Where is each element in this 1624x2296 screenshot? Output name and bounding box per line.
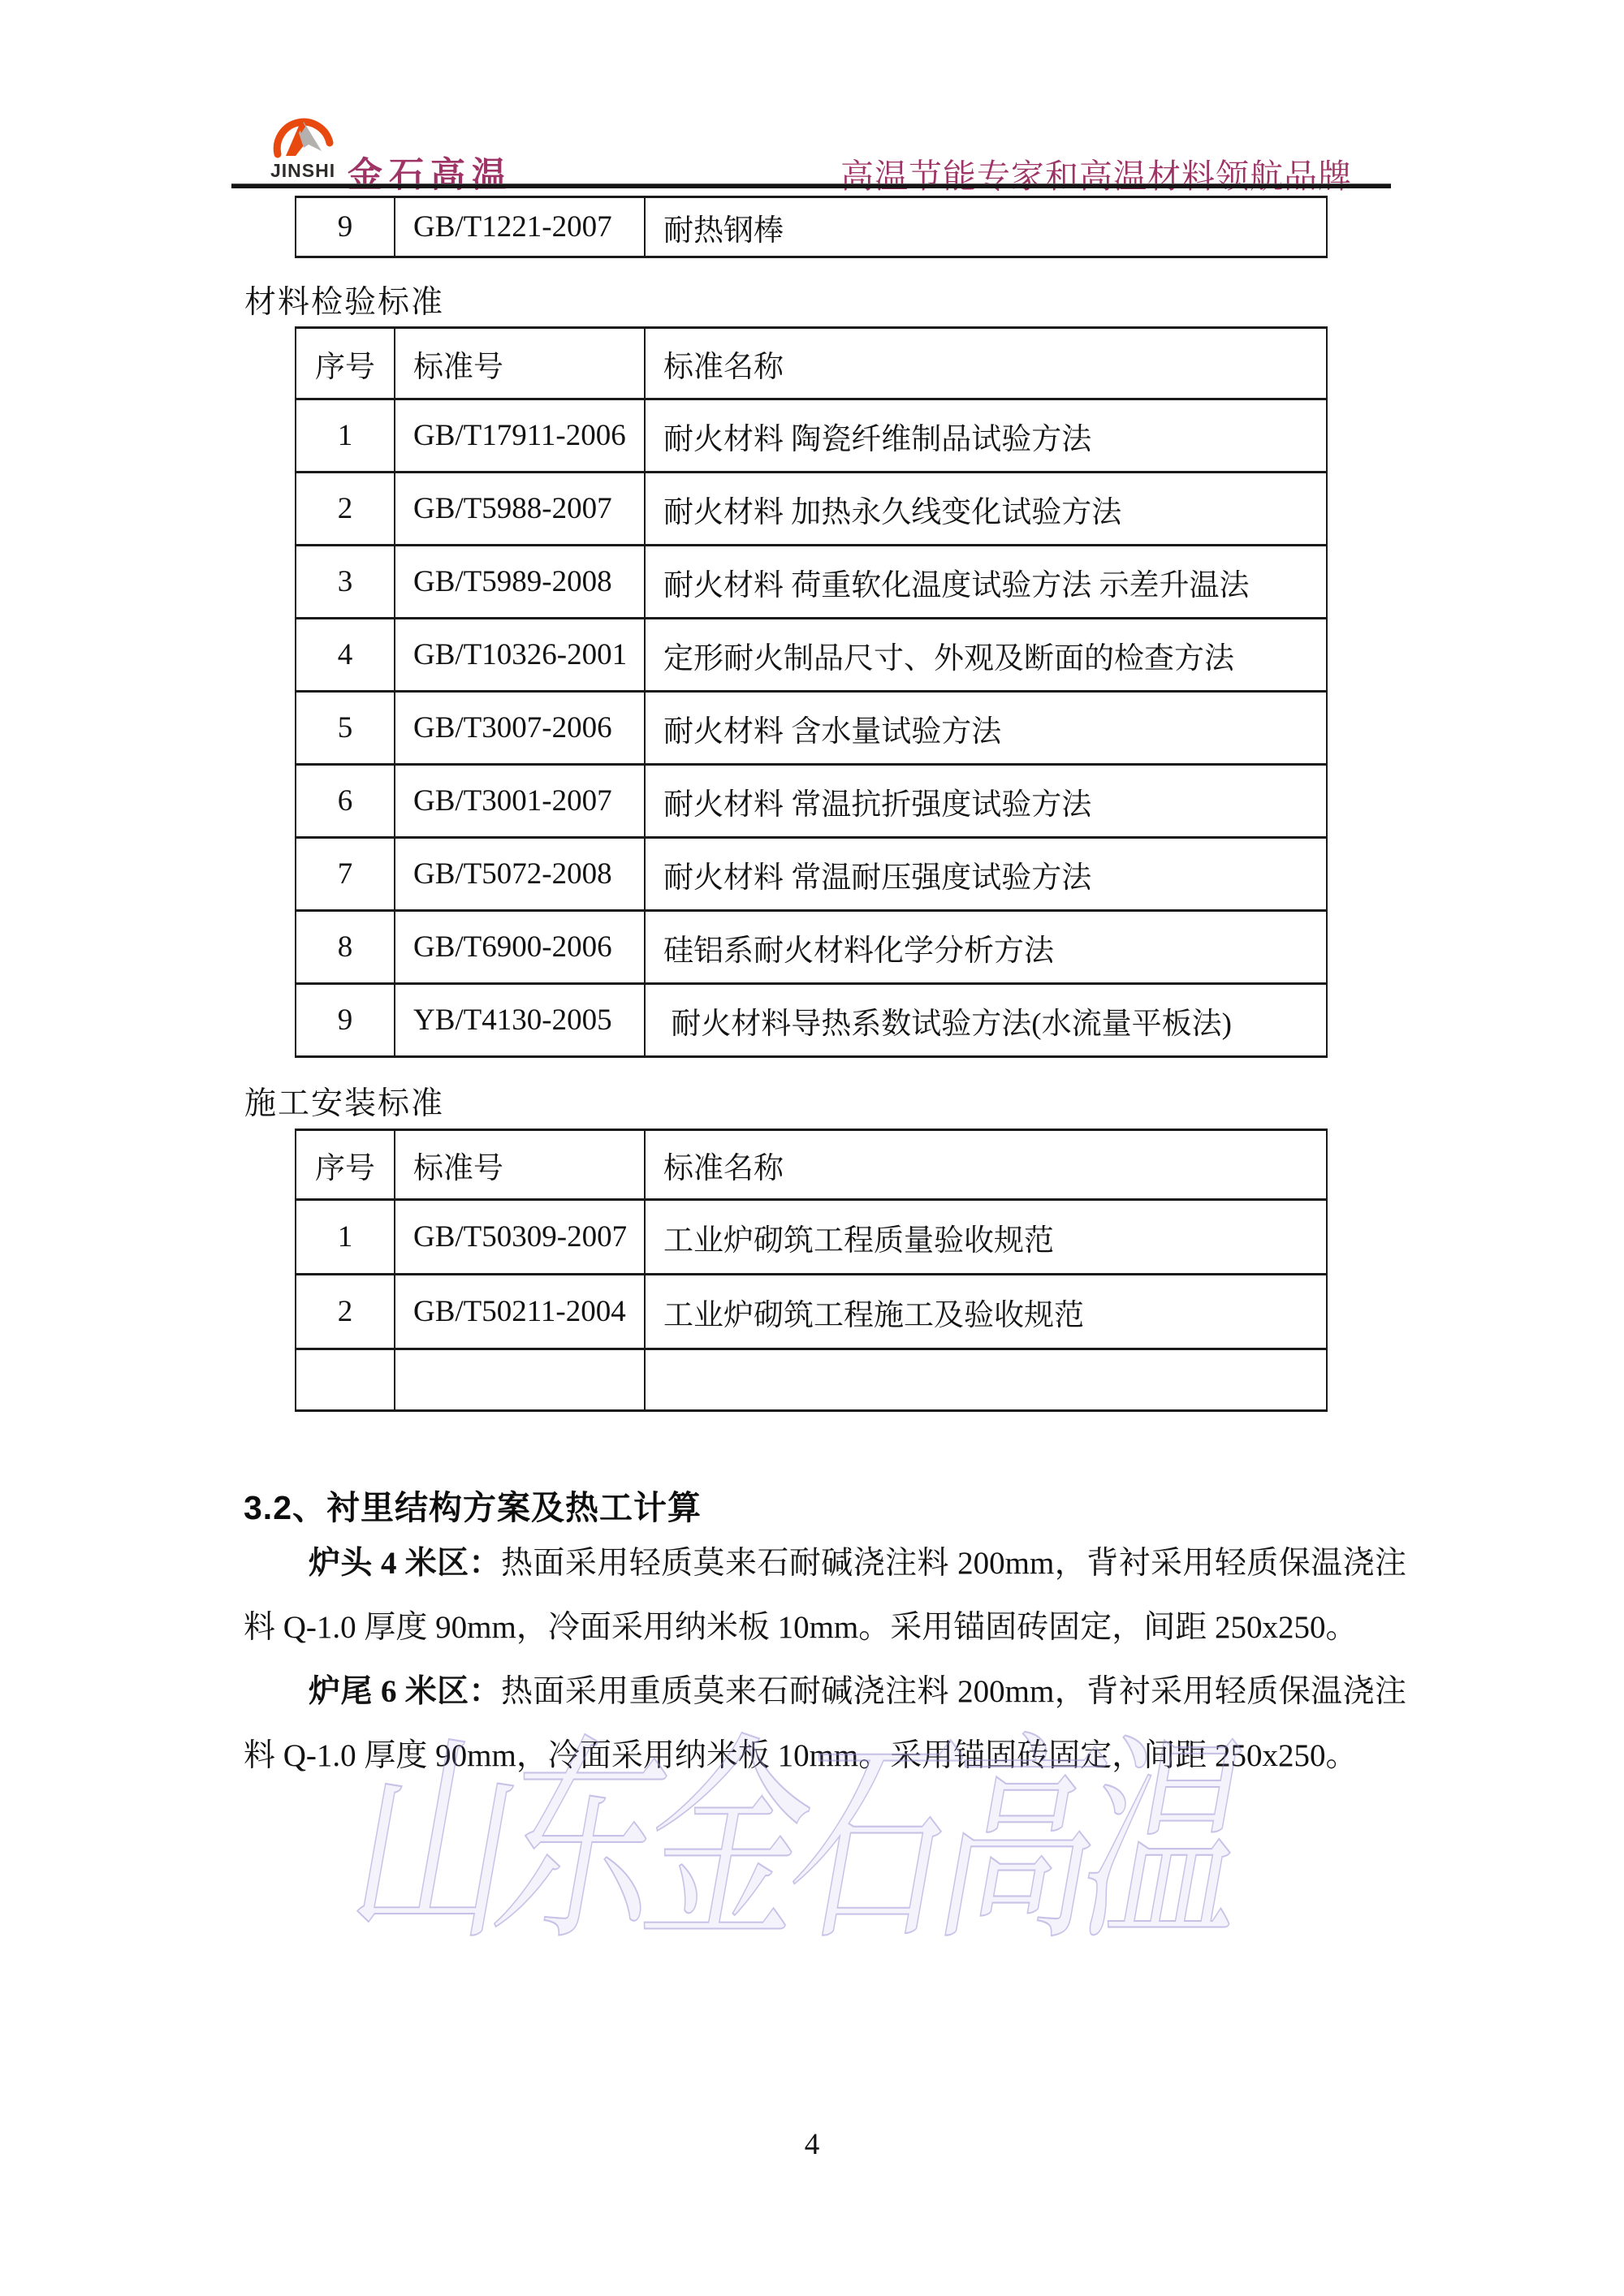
cell-code: GB/T5989-2008 xyxy=(395,546,645,619)
cell-no: 8 xyxy=(296,911,395,984)
page-number: 4 xyxy=(0,2127,1624,2162)
cell-code: GB/T3001-2007 xyxy=(395,765,645,838)
cell-name: 耐火材料导热系数试验方法(水流量平板法) xyxy=(645,984,1327,1057)
header-rule xyxy=(231,183,1391,188)
table-row: 9 YB/T4130-2005 耐火材料导热系数试验方法(水流量平板法) xyxy=(296,984,1327,1057)
cell-no: 1 xyxy=(296,399,395,473)
cell-name: 耐火材料 常温耐压强度试验方法 xyxy=(645,838,1327,911)
cell-name: 硅铝系耐火材料化学分析方法 xyxy=(645,911,1327,984)
cell-no: 2 xyxy=(296,473,395,546)
cell-code: GB/T3007-2006 xyxy=(395,692,645,765)
cell-no: 9 xyxy=(296,984,395,1057)
company-logo: JINSHI xyxy=(270,109,335,182)
table-row: 1 GB/T50309-2007 工业炉砌筑工程质量验收规范 xyxy=(296,1200,1327,1275)
cell-code: GB/T10326-2001 xyxy=(395,619,645,692)
material-inspection-table: 序号 标准号 标准名称 1 GB/T17911-2006 耐火材料 陶瓷纤维制品… xyxy=(295,326,1328,1058)
cell-name: 耐火材料 常温抗折强度试验方法 xyxy=(645,765,1327,838)
cell-name: 耐火材料 加热永久线变化试验方法 xyxy=(645,473,1327,546)
cell-code: GB/T50211-2004 xyxy=(395,1275,645,1349)
cell-no: 3 xyxy=(296,546,395,619)
cell-code: GB/T5988-2007 xyxy=(395,473,645,546)
cell-name: 工业炉砌筑工程施工及验收规范 xyxy=(645,1275,1327,1349)
table-row: 4 GB/T10326-2001 定形耐火制品尺寸、外观及断面的检查方法 xyxy=(296,619,1327,692)
cell-no xyxy=(296,1349,395,1411)
cell-name: 工业炉砌筑工程质量验收规范 xyxy=(645,1200,1327,1275)
table-row: 8 GB/T6900-2006 硅铝系耐火材料化学分析方法 xyxy=(296,911,1327,984)
table-row: 1 GB/T17911-2006 耐火材料 陶瓷纤维制品试验方法 xyxy=(296,399,1327,473)
carryover-table: 9 GB/T1221-2007 耐热钢棒 xyxy=(295,196,1328,258)
header-code: 标准号 xyxy=(395,1130,645,1200)
header-code: 标准号 xyxy=(395,328,645,399)
header-name: 标准名称 xyxy=(645,328,1327,399)
cell-code: GB/T1221-2007 xyxy=(395,197,645,257)
brand-name: 金石高温 xyxy=(348,148,513,197)
document-page: JINSHI 金石高温 高温节能专家和高温材料领航品牌 9 GB/T1221-2… xyxy=(0,0,1624,2296)
table-header-row: 序号 标准号 标准名称 xyxy=(296,328,1327,399)
body-paragraphs: 炉头 4 米区：热面采用轻质莫来石耐碱浇注料 200mm，背衬采用轻质保温浇注料… xyxy=(244,1531,1406,1788)
cell-code: GB/T17911-2006 xyxy=(395,399,645,473)
header-name: 标准名称 xyxy=(645,1130,1327,1200)
table-row: 9 GB/T1221-2007 耐热钢棒 xyxy=(296,197,1327,257)
cell-no: 9 xyxy=(296,197,395,257)
heading-3-2: 3.2、衬里结构方案及热工计算 xyxy=(244,1481,702,1529)
header-tagline: 高温节能专家和高温材料领航品牌 xyxy=(840,149,1352,197)
cell-no: 2 xyxy=(296,1275,395,1349)
table-header-row: 序号 标准号 标准名称 xyxy=(296,1130,1327,1200)
cell-no: 7 xyxy=(296,838,395,911)
cell-no: 5 xyxy=(296,692,395,765)
cell-code xyxy=(395,1349,645,1411)
table-row: 3 GB/T5989-2008 耐火材料 荷重软化温度试验方法 示差升温法 xyxy=(296,546,1327,619)
cell-code: GB/T50309-2007 xyxy=(395,1200,645,1275)
cell-name: 耐火材料 荷重软化温度试验方法 示差升温法 xyxy=(645,546,1327,619)
paragraph-lead: 炉头 4 米区： xyxy=(309,1546,501,1581)
table-row: 2 GB/T50211-2004 工业炉砌筑工程施工及验收规范 xyxy=(296,1275,1327,1349)
table-row: 7 GB/T5072-2008 耐火材料 常温耐压强度试验方法 xyxy=(296,838,1327,911)
construction-install-table: 序号 标准号 标准名称 1 GB/T50309-2007 工业炉砌筑工程质量验收… xyxy=(295,1129,1328,1412)
table-row: 2 GB/T5988-2007 耐火材料 加热永久线变化试验方法 xyxy=(296,473,1327,546)
header-no: 序号 xyxy=(296,328,395,399)
cell-code: GB/T6900-2006 xyxy=(395,911,645,984)
cell-name xyxy=(645,1349,1327,1411)
mountain-arc-icon xyxy=(271,109,335,159)
table-row: 5 GB/T3007-2006 耐火材料 含水量试验方法 xyxy=(296,692,1327,765)
cell-name: 耐火材料 陶瓷纤维制品试验方法 xyxy=(645,399,1327,473)
paragraph-furnace-head: 炉头 4 米区：热面采用轻质莫来石耐碱浇注料 200mm，背衬采用轻质保温浇注料… xyxy=(244,1531,1406,1659)
section-title-material-inspection: 材料检验标准 xyxy=(244,277,444,322)
cell-name: 耐火材料 含水量试验方法 xyxy=(645,692,1327,765)
cell-no: 6 xyxy=(296,765,395,838)
section-title-construction-install: 施工安装标准 xyxy=(244,1078,444,1124)
header-no: 序号 xyxy=(296,1130,395,1200)
table-row: 6 GB/T3001-2007 耐火材料 常温抗折强度试验方法 xyxy=(296,765,1327,838)
paragraph-furnace-tail: 炉尾 6 米区：热面采用重质莫来石耐碱浇注料 200mm，背衬采用轻质保温浇注料… xyxy=(244,1659,1406,1788)
cell-no: 4 xyxy=(296,619,395,692)
paragraph-lead: 炉尾 6 米区： xyxy=(309,1674,501,1709)
cell-code: YB/T4130-2005 xyxy=(395,984,645,1057)
cell-name: 耐热钢棒 xyxy=(645,197,1327,257)
cell-name: 定形耐火制品尺寸、外观及断面的检查方法 xyxy=(645,619,1327,692)
logo-text: JINSHI xyxy=(270,160,335,182)
cell-code: GB/T5072-2008 xyxy=(395,838,645,911)
cell-no: 1 xyxy=(296,1200,395,1275)
table-row-empty xyxy=(296,1349,1327,1411)
